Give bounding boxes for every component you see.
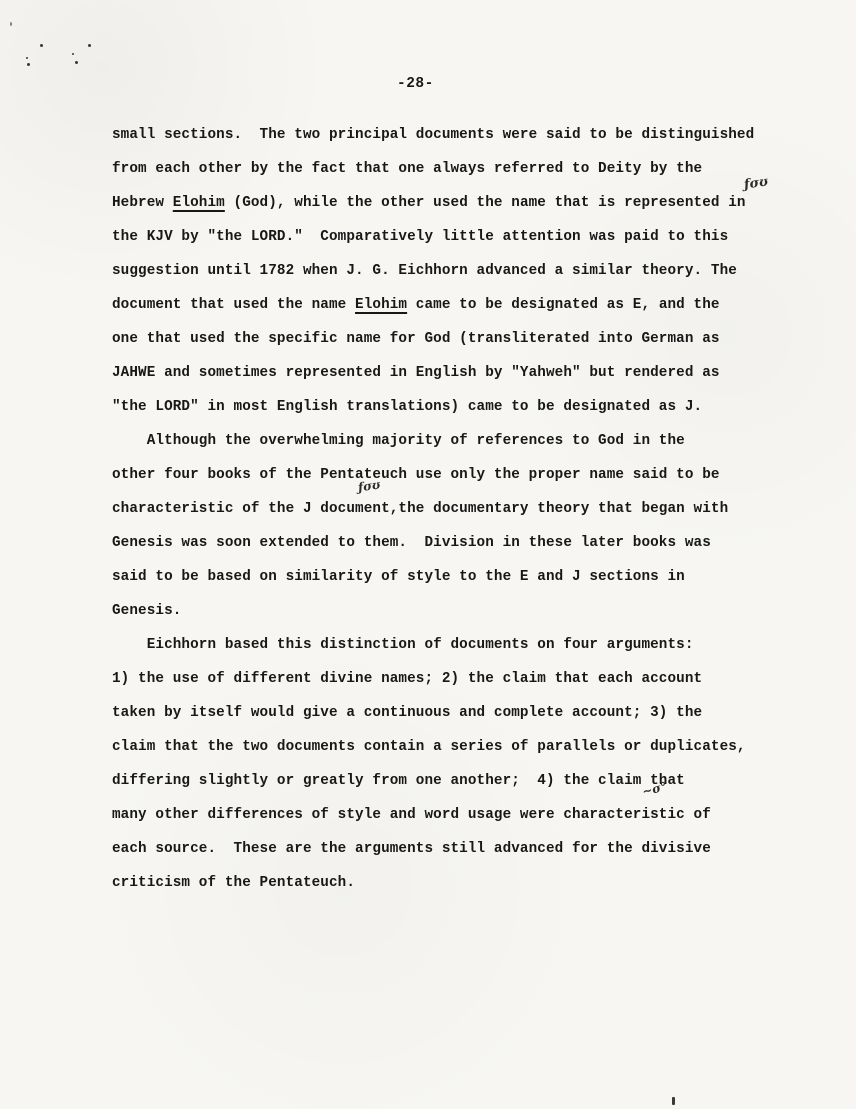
text-run: Hebrew <box>112 195 173 211</box>
text-line: taken by itself would give a continuous … <box>112 696 772 730</box>
text-run: criticism of the Pentateuch. <box>112 875 355 891</box>
text-line: Eichhorn based this distinction of docum… <box>112 628 772 662</box>
text-line: the KJV by "the LORD." Comparatively lit… <box>112 220 772 254</box>
page-number: -28- <box>397 76 434 92</box>
text-line: JAHWE and sometimes represented in Engli… <box>112 356 772 390</box>
ink-speckle <box>40 44 43 47</box>
text-run: JAHWE and sometimes represented in Engli… <box>112 365 720 381</box>
text-run: Eichhorn based this distinction of docum… <box>112 637 694 653</box>
text-line: Genesis. <box>112 594 772 628</box>
text-line: other four books of the Pentateuch use o… <box>112 458 772 492</box>
text-line: criticism of the Pentateuch. <box>112 866 772 900</box>
text-run: one that used the specific name for God … <box>112 331 720 347</box>
text-line: characteristic of the J document,the doc… <box>112 492 772 526</box>
text-line: claim that the two documents contain a s… <box>112 730 772 764</box>
text-line: "the LORD" in most English translations)… <box>112 390 772 424</box>
text-run: taken by itself would give a continuous … <box>112 705 702 721</box>
ink-speckle <box>72 53 74 55</box>
underlined-term: Elohim <box>355 297 407 313</box>
text-run: characteristic of the J document,the doc… <box>112 501 728 517</box>
text-run: each source. These are the arguments sti… <box>112 841 711 857</box>
text-run: 1) the use of different divine names; 2)… <box>112 671 702 687</box>
text-run: suggestion until 1782 when J. G. Eichhor… <box>112 263 737 279</box>
text-line: suggestion until 1782 when J. G. Eichhor… <box>112 254 772 288</box>
text-line: each source. These are the arguments sti… <box>112 832 772 866</box>
text-line: one that used the specific name for God … <box>112 322 772 356</box>
ink-speckle <box>75 61 78 64</box>
ink-speckle <box>10 22 12 26</box>
text-run: Genesis was soon extended to them. Divis… <box>112 535 711 551</box>
text-line: many other differences of style and word… <box>112 798 772 832</box>
document-page: -28- small sections. The two principal d… <box>0 0 856 1109</box>
ink-speckle <box>26 57 28 59</box>
text-line: differing slightly or greatly from one a… <box>112 764 772 798</box>
text-line: small sections. The two principal docume… <box>112 118 772 152</box>
text-run: small sections. The two principal docume… <box>112 127 754 143</box>
ink-speckle <box>88 44 91 47</box>
text-line: from each other by the fact that one alw… <box>112 152 772 186</box>
text-run: said to be based on similarity of style … <box>112 569 685 585</box>
text-run: Genesis. <box>112 603 181 619</box>
text-run: from each other by the fact that one alw… <box>112 161 702 177</box>
text-run: other four books of the Pentateuch use o… <box>112 467 720 483</box>
text-run: the KJV by "the LORD." Comparatively lit… <box>112 229 728 245</box>
underlined-term: Elohim <box>173 195 225 211</box>
text-run: Although the overwhelming majority of re… <box>112 433 685 449</box>
body-text: small sections. The two principal docume… <box>112 118 772 900</box>
text-line: Hebrew Elohim (God), while the other use… <box>112 186 772 220</box>
text-line: Although the overwhelming majority of re… <box>112 424 772 458</box>
text-line: Genesis was soon extended to them. Divis… <box>112 526 772 560</box>
text-run: claim that the two documents contain a s… <box>112 739 746 755</box>
text-run: differing slightly or greatly from one a… <box>112 773 685 789</box>
text-run: document that used the name <box>112 297 355 313</box>
ink-speckle <box>672 1097 675 1105</box>
text-line: document that used the name Elohim came … <box>112 288 772 322</box>
ink-speckle <box>27 63 30 66</box>
text-run: "the LORD" in most English translations)… <box>112 399 702 415</box>
text-run: many other differences of style and word… <box>112 807 711 823</box>
text-run: came to be designated as E, and the <box>407 297 719 313</box>
text-line: said to be based on similarity of style … <box>112 560 772 594</box>
text-line: 1) the use of different divine names; 2)… <box>112 662 772 696</box>
text-run: (God), while the other used the name tha… <box>225 195 746 211</box>
